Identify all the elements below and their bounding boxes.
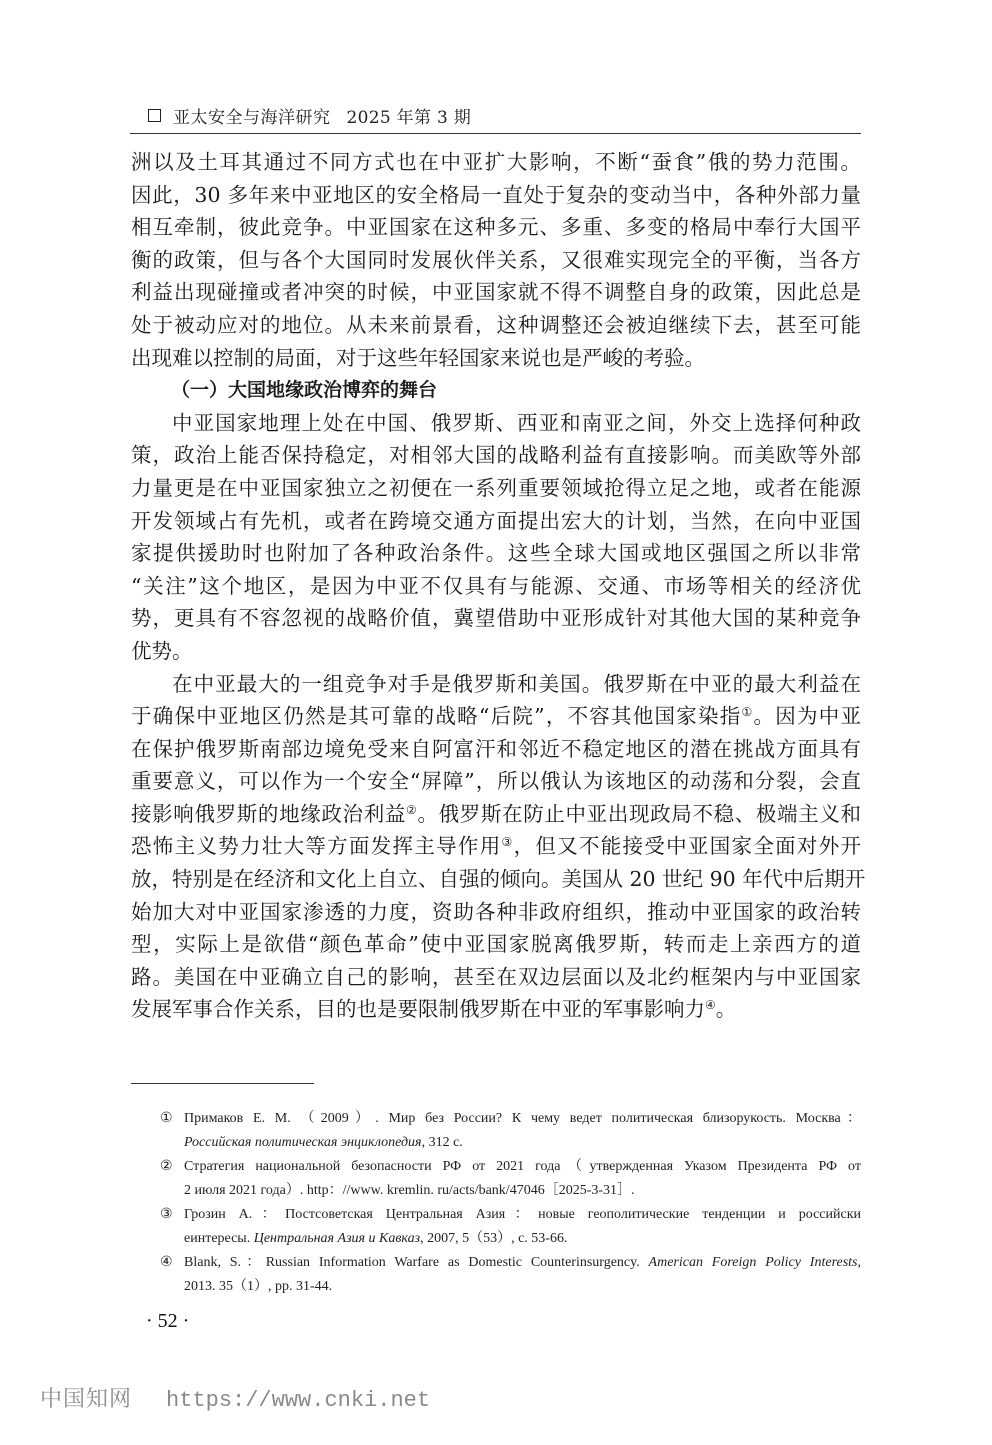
footnote-text: Blank, S.：Russian Information Warfare as… bbox=[184, 1255, 649, 1270]
footnote-ref-4[interactable]: ④ bbox=[705, 998, 716, 1012]
text-line: 于确保中亚地区仍然是其可靠的战略“后院”，不容其他国家染指①。因为中亚 bbox=[131, 700, 861, 733]
page-number: · 52 · bbox=[146, 1310, 189, 1333]
text-line: 洲以及土耳其通过不同方式也在中亚扩大影响，不断“蚕食”俄的势力范围。 bbox=[131, 146, 861, 179]
text-line: 力量更是在中亚国家独立之初便在一系列重要领域抢得立足之地，或者在能源 bbox=[131, 472, 861, 505]
text-line: 出现难以控制的局面，对于这些年轻国家来说也是严峻的考验。 bbox=[131, 342, 861, 375]
footnote-body: Грозин А.：Постсоветская Центральная Азия… bbox=[184, 1203, 861, 1251]
journal-issue: 2025 年第 3 期 bbox=[347, 103, 472, 128]
text-line: 相互牵制，彼此竞争。中亚国家在这种多元、多重、多变的格局中奉行大国平 bbox=[131, 211, 861, 244]
text-segment: 发展军事合作关系，目的也是要限制俄罗斯在中亚的军事影响力 bbox=[131, 997, 705, 1021]
footnote-link-line: 2 июля 2021 года）. http：//www. kremlin. … bbox=[184, 1179, 861, 1203]
text-line: 因此，30 多年来中亚地区的安全格局一直处于复杂的变动当中，各种外部力量 bbox=[131, 179, 861, 212]
text-line: 始加大对中亚国家渗透的力度，资助各种非政府组织，推动中亚国家的政治转 bbox=[131, 896, 861, 929]
text-line: 发展军事合作关系，目的也是要限制俄罗斯在中亚的军事影响力④。 bbox=[131, 993, 861, 1026]
cnki-watermark: 中国知网 https://www.cnki.net bbox=[40, 1382, 430, 1413]
section-heading: （一）大国地缘政治博弈的舞台 bbox=[131, 374, 861, 407]
footnote-1: ① Примаков Е. М. （2009）. Мир без России?… bbox=[160, 1107, 861, 1155]
footnote-line: Blank, S.：Russian Information Warfare as… bbox=[184, 1251, 861, 1275]
text-segment: 。俄罗斯在防止中亚出现政局不稳、极端主义和 bbox=[417, 802, 861, 826]
journal-title: 亚太安全与海洋研究 bbox=[173, 103, 331, 128]
text-line: 重要意义，可以作为一个安全“屏障”，所以俄认为该地区的动荡和分裂，会直 bbox=[131, 765, 861, 798]
footnote-line: Стратегия национальной безопасности РФ о… bbox=[184, 1155, 861, 1179]
text-segment: 接影响俄罗斯的地缘政治利益 bbox=[131, 802, 406, 826]
text-line: 路。美国在中亚确立自己的影响，甚至在双边层面以及北约框架内与中亚国家 bbox=[131, 961, 861, 994]
text-line: 放，特别是在经济和文化上自立、自强的倾向。美国从 20 世纪 90 年代中后期开 bbox=[131, 863, 861, 896]
watermark-url[interactable]: https://www.cnki.net bbox=[166, 1388, 430, 1413]
footnote-line: Примаков Е. М. （2009）. Мир без России? К… bbox=[184, 1107, 861, 1131]
square-box-icon bbox=[148, 109, 161, 122]
body-text: 洲以及土耳其通过不同方式也在中亚扩大影响，不断“蚕食”俄的势力范围。 因此，30… bbox=[131, 146, 861, 1026]
footnote-line: еинтересы. Центральная Азия и Кавказ, 20… bbox=[184, 1227, 861, 1251]
watermark-name: 中国知网 bbox=[40, 1382, 132, 1413]
text-line: 恐怖主义势力壮大等方面发挥主导作用③，但又不能接受中亚国家全面对外开 bbox=[131, 830, 861, 863]
text-line: “关注”这个地区，是因为中亚不仅具有与能源、交通、市场等相关的经济优 bbox=[131, 570, 861, 603]
footnote-ref-2[interactable]: ② bbox=[406, 803, 417, 817]
footnote-rule bbox=[131, 1083, 314, 1084]
text-line: 中亚国家地理上处在中国、俄罗斯、西亚和南亚之间，外交上选择何种政 bbox=[131, 407, 861, 440]
text-line: 开发领域占有先机，或者在跨境交通方面提出宏大的计划，当然，在向中亚国 bbox=[131, 505, 861, 538]
header-rule bbox=[130, 133, 861, 134]
text-line: 处于被动应对的地位。从未来前景看，这种调整还会被迫继续下去，甚至可能 bbox=[131, 309, 861, 342]
text-segment: 于确保中亚地区仍然是其可靠的战略“后院”，不容其他国家染指 bbox=[131, 704, 742, 728]
text-segment: 恐怖主义势力壮大等方面发挥主导作用 bbox=[131, 834, 502, 858]
footnote-text: еинтересы. bbox=[184, 1231, 254, 1246]
footnote-body: Стратегия национальной безопасности РФ о… bbox=[184, 1155, 861, 1203]
footnote-ref-1[interactable]: ① bbox=[742, 705, 754, 719]
footnote-journal: Центральная Азия и Кавказ bbox=[254, 1231, 420, 1246]
footnote-text: , 312 с. bbox=[422, 1135, 463, 1150]
text-line: 策，政治上能否保持稳定，对相邻大国的战略利益有直接影响。而美欧等外部 bbox=[131, 439, 861, 472]
footnote-line: Грозин А.：Постсоветская Центральная Азия… bbox=[184, 1203, 861, 1227]
text-line: 衡的政策，但与各个大国同时发展伙伴关系，又很难实现完全的平衡，当各方 bbox=[131, 244, 861, 277]
footnote-body: Blank, S.：Russian Information Warfare as… bbox=[184, 1251, 861, 1299]
text-line: 接影响俄罗斯的地缘政治利益②。俄罗斯在防止中亚出现政局不稳、极端主义和 bbox=[131, 798, 861, 831]
footnote-ref-3[interactable]: ③ bbox=[502, 835, 514, 849]
footnote-4: ④ Blank, S.：Russian Information Warfare … bbox=[160, 1251, 861, 1299]
document-page: 亚太安全与海洋研究 2025 年第 3 期 洲以及土耳其通过不同方式也在中亚扩大… bbox=[0, 0, 992, 1445]
footnote-2: ② Стратегия национальной безопасности РФ… bbox=[160, 1155, 861, 1203]
footnote-marker: ③ bbox=[160, 1203, 184, 1251]
text-line: 在保护俄罗斯南部边境免受来自阿富汗和邻近不稳定地区的潜在挑战方面具有 bbox=[131, 733, 861, 766]
footnote-3: ③ Грозин А.：Постсоветская Центральная Аз… bbox=[160, 1203, 861, 1251]
footnote-line: 2013. 35（1）, pp. 31-44. bbox=[184, 1275, 861, 1299]
footnotes: ① Примаков Е. М. （2009）. Мир без России?… bbox=[160, 1107, 861, 1299]
footnote-marker: ④ bbox=[160, 1251, 184, 1299]
text-line: 家提供援助时也附加了各种政治条件。这些全球大国或地区强国之所以非常 bbox=[131, 537, 861, 570]
text-line: 利益出现碰撞或者冲突的时候，中亚国家就不得不调整自身的政策，因此总是 bbox=[131, 276, 861, 309]
footnote-journal: American Foreign Policy Interests bbox=[649, 1255, 858, 1270]
text-segment: ，但又不能接受中亚国家全面对外开 bbox=[514, 834, 861, 858]
running-header: 亚太安全与海洋研究 2025 年第 3 期 bbox=[148, 102, 471, 128]
footnote-line: Российская политическая энциклопедия, 31… bbox=[184, 1131, 861, 1155]
text-segment: 。因为中亚 bbox=[754, 704, 861, 728]
footnote-text: , 2007, 5（53）, с. 53-66. bbox=[420, 1231, 567, 1246]
text-line: 在中亚最大的一组竞争对手是俄罗斯和美国。俄罗斯在中亚的最大利益在 bbox=[131, 668, 861, 701]
text-segment: 。 bbox=[716, 997, 737, 1021]
footnote-body: Примаков Е. М. （2009）. Мир без России? К… bbox=[184, 1107, 861, 1155]
text-line: 势，更具有不容忽视的战略价值，冀望借助中亚形成针对其他大国的某种竞争 bbox=[131, 602, 861, 635]
footnote-text: , bbox=[858, 1255, 862, 1270]
text-line: 优势。 bbox=[131, 635, 861, 668]
text-line: 型，实际上是欲借“颜色革命”使中亚国家脱离俄罗斯，转而走上亲西方的道 bbox=[131, 928, 861, 961]
footnote-marker: ① bbox=[160, 1107, 184, 1155]
footnote-publisher: Российская политическая энциклопедия bbox=[184, 1135, 422, 1150]
footnote-marker: ② bbox=[160, 1155, 184, 1203]
